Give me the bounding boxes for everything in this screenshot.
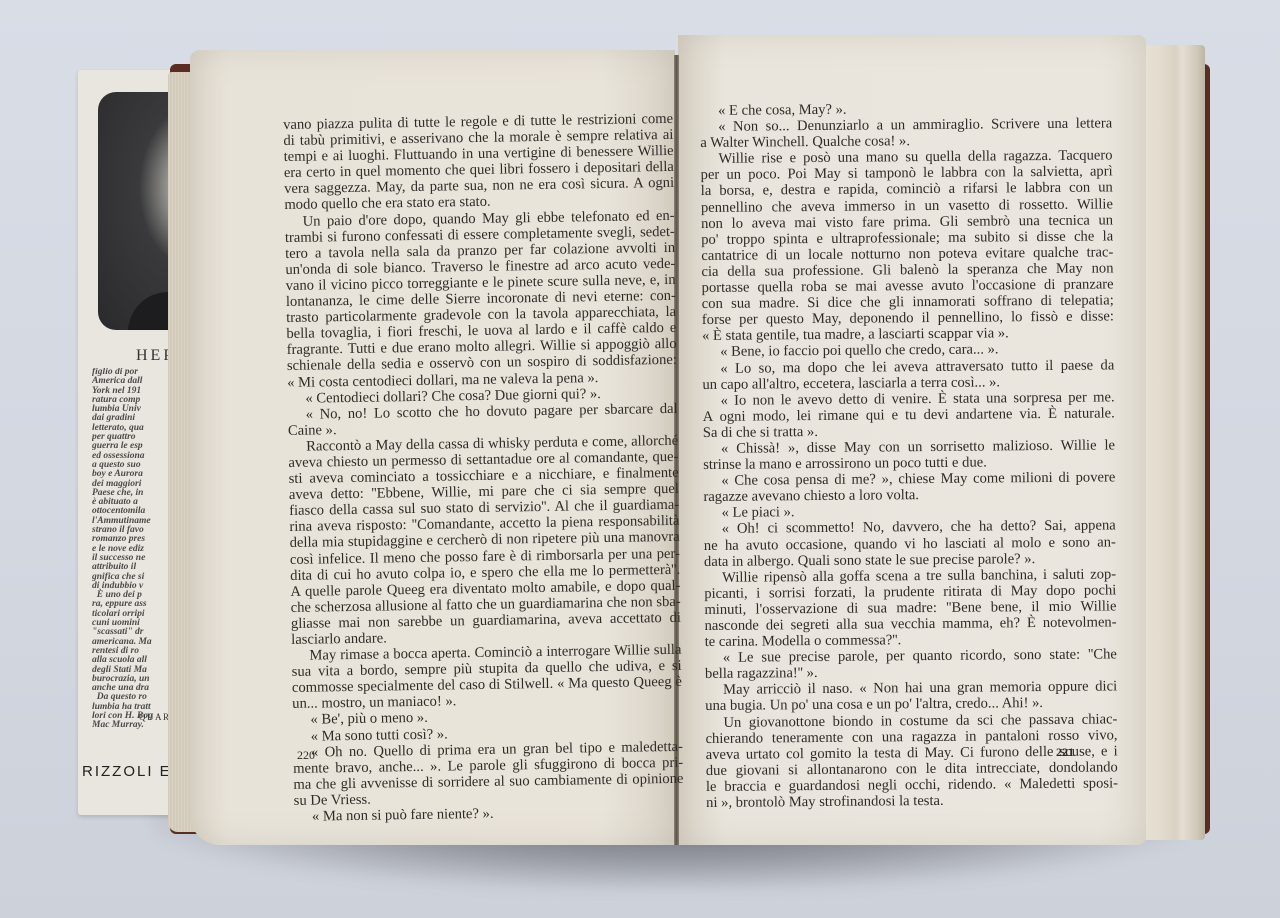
right-page-text: « E che cosa, May? ».« Non so... Denunzi… [700,99,1118,811]
page-number-left: 220 [297,748,315,763]
page-number-right: 221 [1056,745,1074,760]
series-label: QUAR [139,712,171,722]
left-page-text: vano piazza pulita di tutte le regole e … [283,111,684,825]
